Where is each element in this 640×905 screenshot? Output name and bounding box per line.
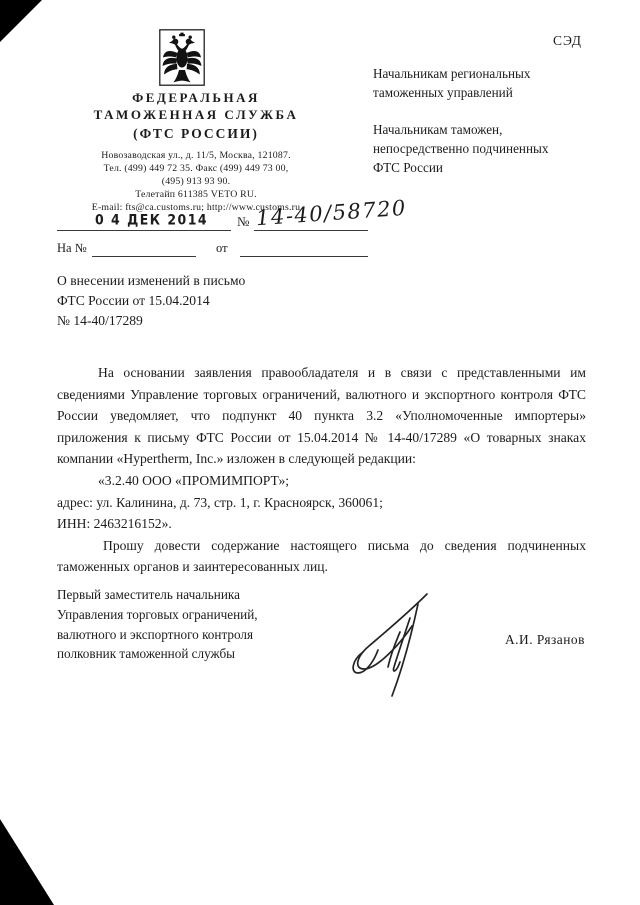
date-underline <box>57 230 231 231</box>
addressee-group-1: Начальникам региональных таможенных упра… <box>373 64 603 102</box>
reply-date-label: от <box>216 241 228 256</box>
org-phone-line: Тел. (499) 449 72 35. Факс (499) 449 73 … <box>40 163 352 176</box>
body-paragraph-2: Прошу довести содержание настоящего пись… <box>57 535 586 578</box>
addressee-group-2: Начальникам таможен, непосредственно под… <box>373 120 603 177</box>
addressee-line: непосредственно подчиненных <box>373 139 603 158</box>
subject-line: ФТС России от 15.04.2014 <box>57 291 357 311</box>
doc-system-label: СЭД <box>553 33 582 49</box>
subject-line: О внесении изменений в письмо <box>57 271 357 291</box>
addressee-line: Начальникам региональных <box>373 64 603 83</box>
handwritten-signature-icon <box>347 588 455 700</box>
russia-coat-of-arms-icon <box>159 29 205 86</box>
org-phone-line2: (495) 913 93 90. <box>40 176 352 189</box>
org-name-line2: ТАМОЖЕННАЯ СЛУЖБА <box>40 107 352 123</box>
reply-date-underline <box>240 256 368 257</box>
signer-position-line: валютного и экспортного контроля <box>57 625 327 645</box>
org-teletype-line: Телетайп 611385 VETO RU. <box>40 189 352 202</box>
number-underline <box>254 230 368 231</box>
reply-number-underline <box>92 256 196 257</box>
subject-line: № 14-40/17289 <box>57 311 357 331</box>
signer-position-line: Управления торговых ограничений, <box>57 605 327 625</box>
org-address-line: Новозаводская ул., д. 11/5, Москва, 1210… <box>40 150 352 163</box>
org-short-name: (ФТС РОССИИ) <box>40 126 352 142</box>
number-sign: № <box>237 214 249 230</box>
date-stamp: 0 4 ДЕК 2014 <box>95 211 208 228</box>
scan-corner-artifact-bottom-left <box>0 819 54 905</box>
scanned-letter-page: ФЕДЕРАЛЬНАЯ ТАМОЖЕННАЯ СЛУЖБА (ФТС РОССИ… <box>0 0 640 905</box>
subject-block: О внесении изменений в письмо ФТС России… <box>57 271 357 330</box>
body-paragraph-1: На основании заявления правообладателя и… <box>57 362 586 470</box>
signer-position-line: полковник таможенной службы <box>57 644 327 664</box>
body-address-line: адрес: ул. Калинина, д. 73, стр. 1, г. К… <box>57 492 586 514</box>
addressee-line: таможенных управлений <box>373 83 603 102</box>
signer-name: А.И. Рязанов <box>505 632 585 648</box>
body-inn-line: ИНН: 2463216152». <box>57 513 586 535</box>
addressee-line: Начальникам таможен, <box>373 120 603 139</box>
signer-position-line: Первый заместитель начальника <box>57 585 327 605</box>
reply-to-label: На № <box>57 241 87 256</box>
body-edit-line: «3.2.40 ООО «ПРОМИМПОРТ»; <box>57 470 586 492</box>
letter-body: На основании заявления правообладателя и… <box>57 362 586 578</box>
scan-corner-artifact-top-left <box>0 0 42 42</box>
signer-position-block: Первый заместитель начальника Управления… <box>57 585 327 664</box>
addressee-line: ФТС России <box>373 158 603 177</box>
org-name-line1: ФЕДЕРАЛЬНАЯ <box>40 90 352 106</box>
